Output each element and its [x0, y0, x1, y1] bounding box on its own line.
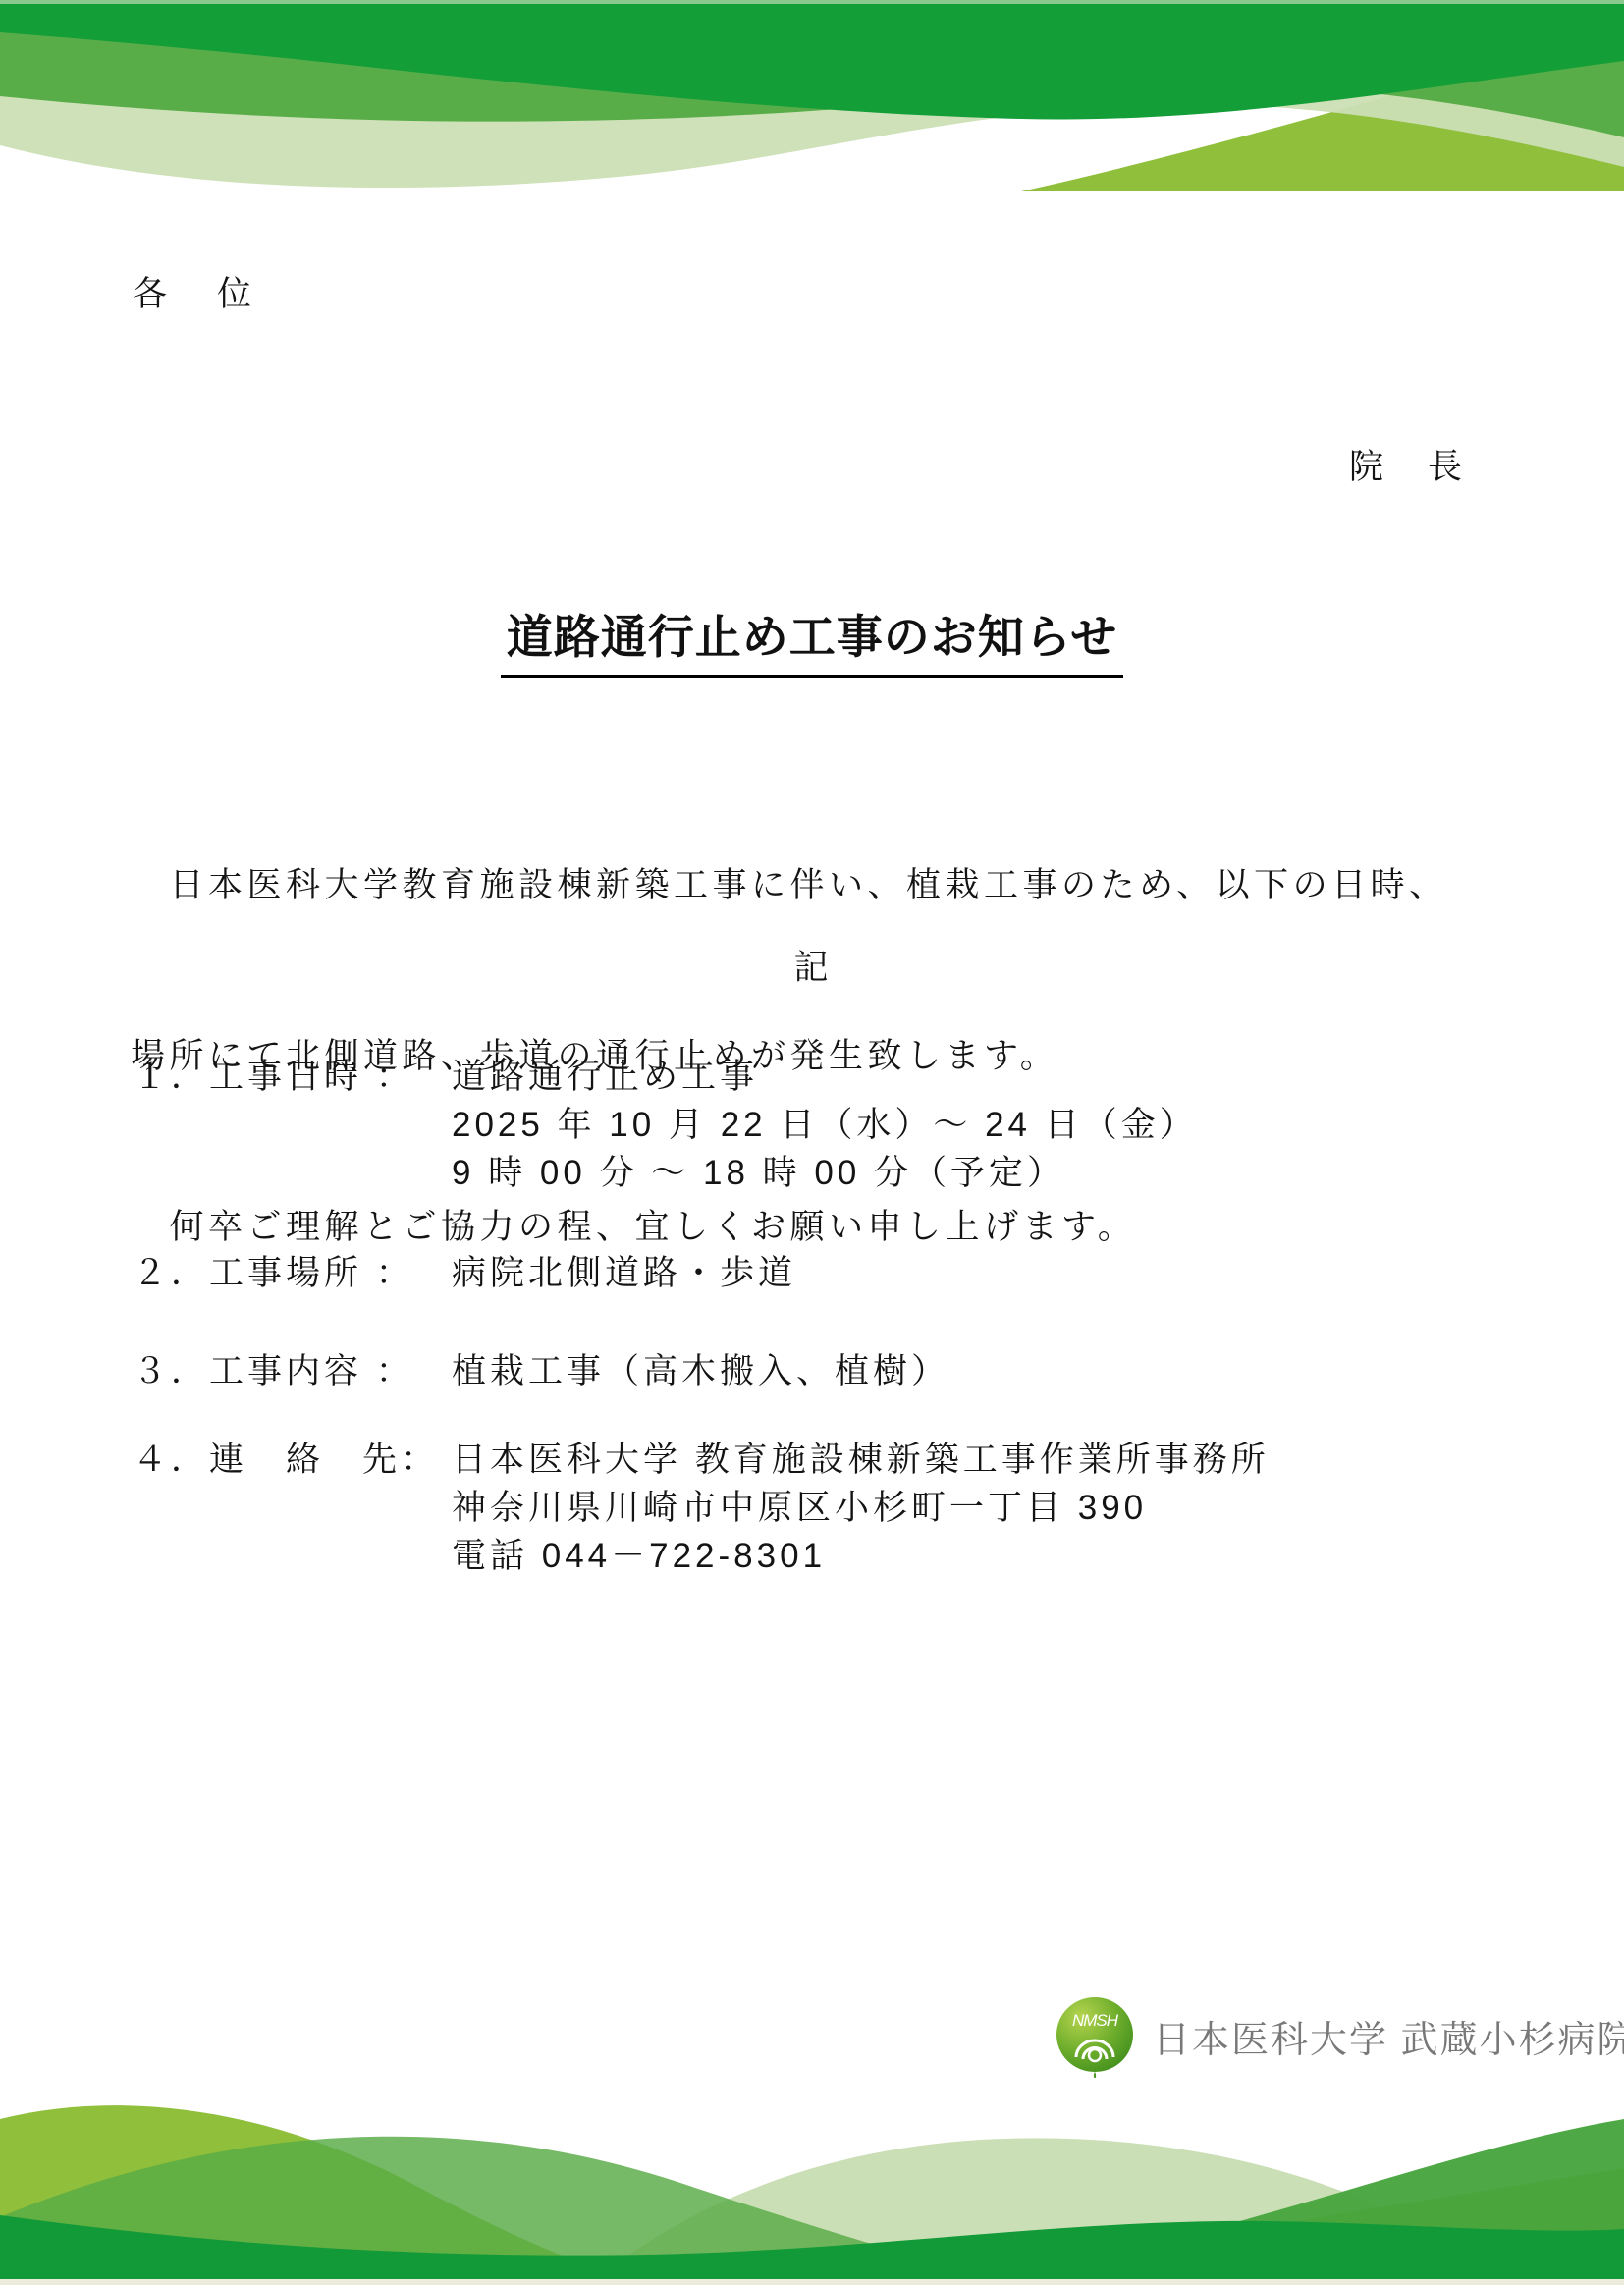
item-contact: ４．連 絡 先：日本医科大学 教育施設棟新築工事作業所事務所 神奈川県川崎市中原… [133, 1436, 1270, 1580]
item-label: ３．工事内容 ： [133, 1347, 452, 1395]
title-row: 道路通行止め工事のお知らせ [0, 601, 1624, 678]
recipient: 各 位 [133, 267, 259, 316]
notice-title: 道路通行止め工事のお知らせ [501, 601, 1124, 678]
header-wave-decoration [0, 0, 1624, 191]
item-value: 道路通行止め工事 [452, 1058, 758, 1096]
item-value: 日本医科大学 教育施設棟新築工事作業所事務所 [452, 1441, 1270, 1479]
item-value-line: 2025 年 10 月 22 日（水）～ 24 日（金） [133, 1101, 1198, 1149]
item-construction-place: ２．工事場所 ：病院北側道路・歩道 [133, 1249, 796, 1297]
item-label: １．工事日時 ： [133, 1053, 452, 1101]
item-value-line: 電話 044－722-8301 [133, 1532, 1270, 1580]
item-construction-content: ３．工事内容 ：植栽工事（高木搬入、植樹） [133, 1347, 949, 1395]
item-value-line: 9 時 00 分 ～ 18 時 00 分（予定） [133, 1149, 1198, 1197]
record-marker: 記 [0, 941, 1624, 990]
item-line: ３．工事内容 ：植栽工事（高木搬入、植樹） [133, 1347, 949, 1395]
logo-monogram: NMSH [1072, 2011, 1119, 2030]
item-label: ２．工事場所 ： [133, 1249, 452, 1297]
footer-wave-decoration [0, 2062, 1624, 2285]
item-value-line: 神奈川県川崎市中原区小杉町一丁目 390 [133, 1484, 1270, 1532]
intro-line-1: 日本医科大学教育施設棟新築工事に伴い、植栽工事のため、以下の日時、 [131, 857, 1448, 914]
intro-line-3: 何卒ご理解とご協力の程、宜しくお願い申し上げます。 [131, 1199, 1448, 1256]
item-label: ４．連 絡 先： [133, 1436, 452, 1484]
item-line: ２．工事場所 ：病院北側道路・歩道 [133, 1249, 796, 1297]
sender-title: 院 長 [1349, 440, 1467, 489]
item-construction-date: １．工事日時 ：道路通行止め工事 2025 年 10 月 22 日（水）～ 24… [133, 1053, 1198, 1197]
item-line: １．工事日時 ：道路通行止め工事 [133, 1053, 1198, 1101]
item-value: 植栽工事（高木搬入、植樹） [452, 1352, 949, 1390]
notice-page: 各 位 院 長 道路通行止め工事のお知らせ 日本医科大学教育施設棟新築工事に伴い… [0, 0, 1624, 2285]
item-value: 病院北側道路・歩道 [452, 1254, 796, 1292]
item-line: ４．連 絡 先：日本医科大学 教育施設棟新築工事作業所事務所 [133, 1436, 1270, 1484]
hospital-name: 日本医科大学 武蔵小杉病院 [1153, 2009, 1624, 2063]
